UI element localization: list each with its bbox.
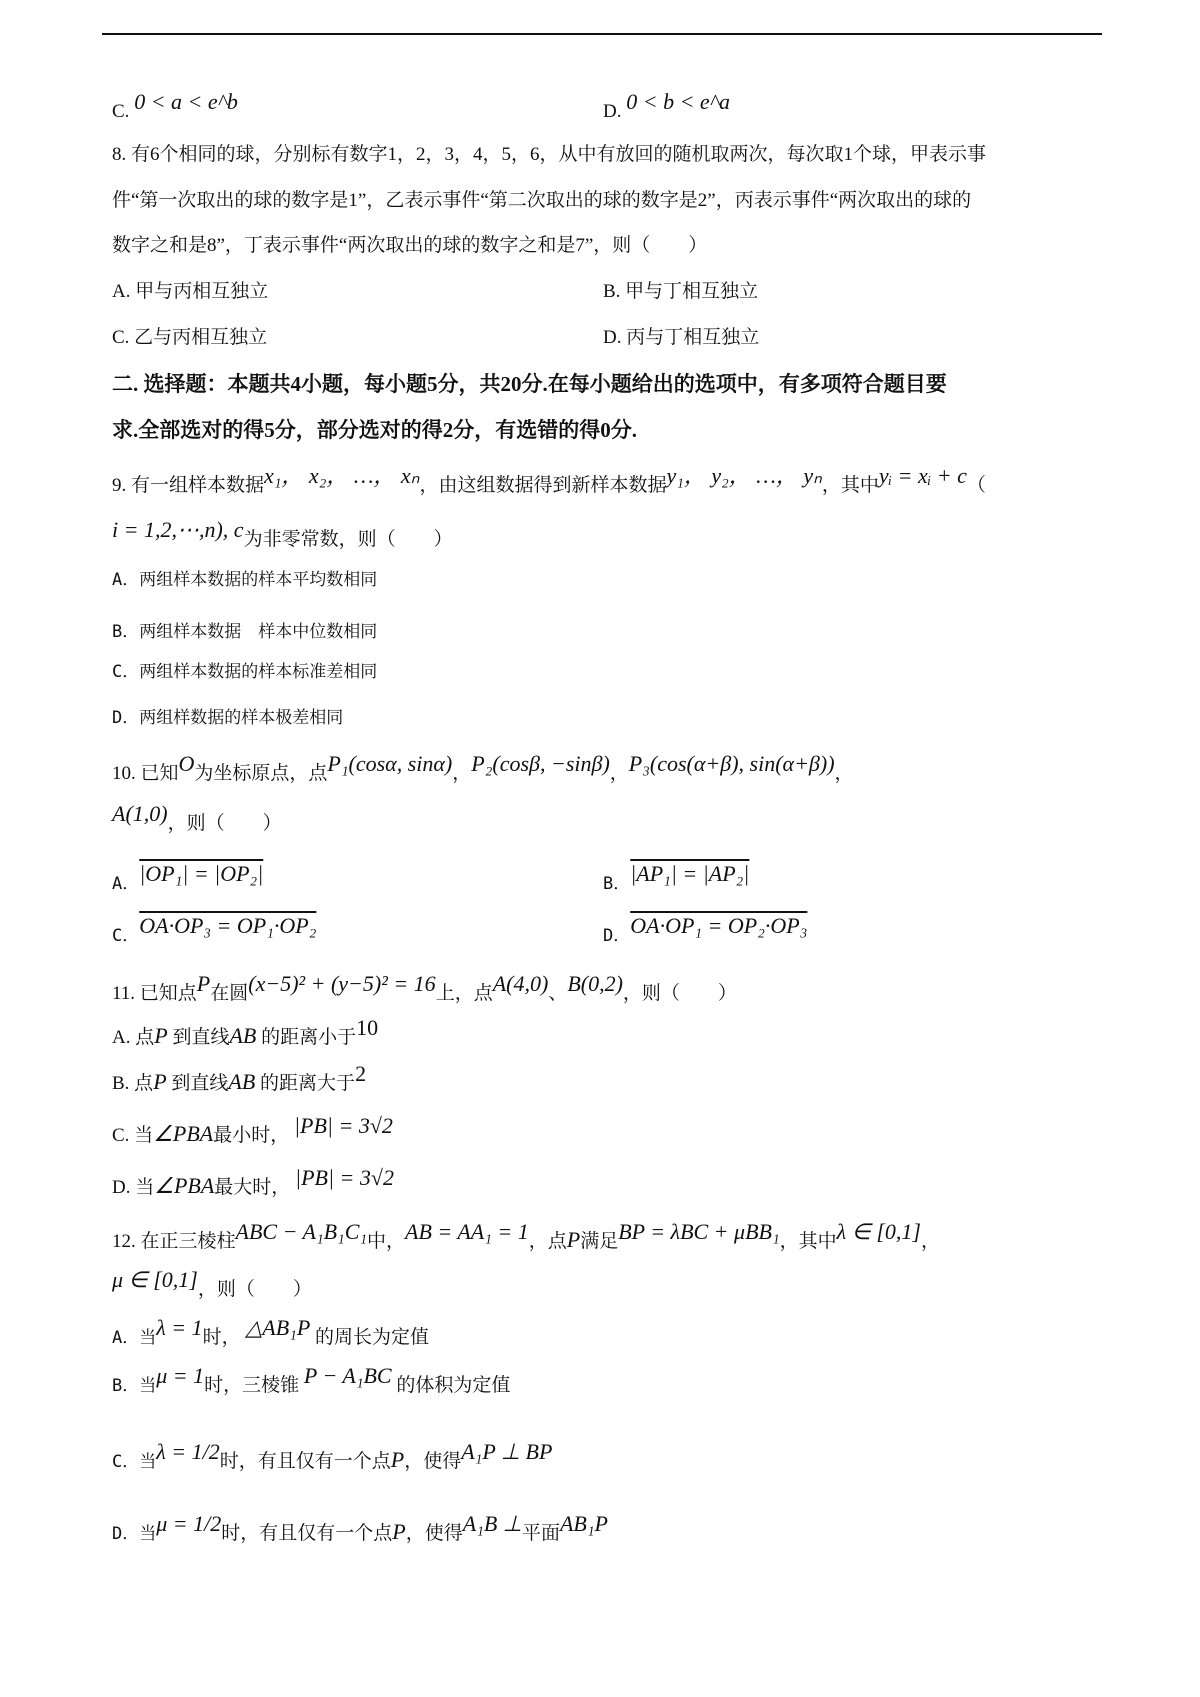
text: 的周长为定值 xyxy=(315,1327,429,1348)
text: ，其中 xyxy=(822,475,879,496)
text: 时，三棱锥 xyxy=(204,1375,299,1396)
q8-option-c: C. 乙与丙相互独立 xyxy=(112,326,267,350)
q8-option-d: D. 丙与丁相互独立 xyxy=(603,326,759,350)
math-expr: y₁， y₂， …， yₙ xyxy=(666,463,821,488)
header-rule xyxy=(102,33,1102,35)
text: C．当 xyxy=(112,1452,156,1472)
q8-stem-line-1: 8. 有6个相同的球，分别标有数字1，2，3，4，5，6，从中有放回的随机取两次… xyxy=(112,143,986,167)
text: ，则（ ） xyxy=(168,813,282,834)
math-expr: B(0,2) xyxy=(567,971,623,996)
math-expr: AB xyxy=(229,1023,256,1048)
text: 为坐标原点，点 xyxy=(194,763,327,784)
q9-option-a: A．两组样本数据的样本平均数相同 xyxy=(112,568,377,592)
math-expr: P₁(cosα, sinα) xyxy=(327,751,452,776)
math-expr: μ = 1/2 xyxy=(156,1511,221,1536)
text: 时， xyxy=(203,1327,241,1348)
q12-option-d: D．当μ = 1/2时，有且仅有一个点P，使得A₁B ⊥平面AB₁P xyxy=(112,1520,608,1546)
math-expr: 10 xyxy=(356,1015,378,1040)
option-label: D. xyxy=(603,101,621,122)
math-expr: A₁B ⊥ xyxy=(463,1511,522,1536)
text: ，则（ ） xyxy=(198,1279,312,1300)
math-expr: AB₁P xyxy=(560,1511,608,1536)
text: 的距离小于 xyxy=(261,1027,356,1048)
q9-stem-line-1: 9. 有一组样本数据x₁， x₂， …， xₙ，由这组数据得到新样本数据y₁， … xyxy=(112,472,986,498)
text: ，使得 xyxy=(404,1451,461,1472)
text: 的距离大于 xyxy=(260,1073,355,1094)
math-expr: ABC − A₁B₁C₁ xyxy=(236,1219,368,1244)
text: ，使得 xyxy=(406,1523,463,1544)
text: 、 xyxy=(548,983,567,1004)
text: ，由这组数据得到新样本数据 xyxy=(419,475,666,496)
math-expr: P − A₁BC xyxy=(304,1363,392,1388)
q12-option-a: A．当λ = 1时， △AB₁P 的周长为定值 xyxy=(112,1324,429,1350)
text: ，点 xyxy=(529,1231,567,1252)
text: 时，有且仅有一个点 xyxy=(221,1523,392,1544)
text: 时，有且仅有一个点 xyxy=(220,1451,391,1472)
q12-stem-line-2: μ ∈ [0,1]，则（ ） xyxy=(112,1276,312,1302)
math-expr: 2 xyxy=(355,1061,366,1086)
math-expr: μ = 1 xyxy=(156,1363,204,1388)
q10-option-c: C．OA·OP₃ = OP₁·OP₂ xyxy=(112,922,316,948)
q8-option-a: A. 甲与丙相互独立 xyxy=(112,280,268,304)
option-label: C. xyxy=(112,101,129,122)
q9-option-c: C．两组样本数据的样本标准差相同 xyxy=(112,660,377,684)
math-expr: |PB| = 3√2 xyxy=(294,1113,393,1138)
q12-option-b: B．当μ = 1时，三棱锥 P − A₁BC 的体积为定值 xyxy=(112,1372,510,1398)
q9-stem-line-2: i = 1,2,⋯,n), c为非零常数，则（ ） xyxy=(112,526,453,552)
math-expr: OA·OP₃ = OP₁·OP₂ xyxy=(139,913,316,938)
q7-option-c: C. 0 < a < e^b xyxy=(112,98,238,124)
text: D．当 xyxy=(112,1524,156,1544)
math-expr: λ = 1 xyxy=(156,1315,202,1340)
q11-option-b: B. 点P 到直线AB 的距离大于2 xyxy=(112,1070,366,1096)
math-expr: OA·OP₁ = OP₂·OP₃ xyxy=(630,913,807,938)
q8-stem-line-3: 数字之和是8”，丁表示事件“两次取出的球的数字之和是7”，则（ ） xyxy=(112,234,707,258)
text: 在圆 xyxy=(210,983,248,1004)
q11-option-d: D. 当∠PBA最大时， |PB| = 3√2 xyxy=(112,1174,394,1200)
math-expr: 0 < a < e^b xyxy=(134,89,238,114)
math-expr: P xyxy=(391,1447,404,1472)
q11-option-a: A. 点P 到直线AB 的距离小于10 xyxy=(112,1024,378,1050)
math-expr: △AB₁P xyxy=(245,1315,310,1340)
q8-option-b: B. 甲与丁相互独立 xyxy=(603,280,758,304)
math-expr: A₁P ⊥ BP xyxy=(461,1439,552,1464)
math-expr: P xyxy=(567,1227,580,1252)
text: B. 点 xyxy=(112,1073,153,1094)
option-label: C． xyxy=(112,926,139,946)
text: ，则（ ） xyxy=(623,983,737,1004)
math-expr: P xyxy=(197,971,210,996)
text: 10. 已知 xyxy=(112,763,179,784)
math-expr: |PB| = 3√2 xyxy=(295,1165,394,1190)
text: ， xyxy=(921,1231,940,1252)
text: ，其中 xyxy=(780,1231,837,1252)
math-expr: i = 1,2,⋯,n), c xyxy=(112,517,244,542)
q7-option-d: D. 0 < b < e^a xyxy=(603,98,730,124)
text: 为非零常数，则（ ） xyxy=(244,529,453,550)
q9-option-b: B．两组样本数据 样本中位数相同 xyxy=(112,620,377,644)
text: 到直线 xyxy=(171,1073,228,1094)
text: 平面 xyxy=(522,1523,560,1544)
math-expr: A(4,0) xyxy=(493,971,549,996)
text: B．当 xyxy=(112,1376,156,1396)
option-label: A． xyxy=(112,874,139,894)
q10-stem-line-1: 10. 已知O为坐标原点，点P₁(cosα, sinα)，P₂(cosβ, −s… xyxy=(112,760,854,786)
text: 上，点 xyxy=(436,983,493,1004)
text: A．当 xyxy=(112,1328,156,1348)
math-expr: P xyxy=(153,1069,166,1094)
text: D. 当 xyxy=(112,1177,154,1198)
option-label: B． xyxy=(603,874,630,894)
math-expr: P₂(cosβ, −sinβ) xyxy=(471,751,610,776)
q12-stem-line-1: 12. 在正三棱柱ABC − A₁B₁C₁中，AB = AA₁ = 1，点P满足… xyxy=(112,1228,940,1254)
option-label: D． xyxy=(603,926,630,946)
math-expr: x₁， x₂， …， xₙ xyxy=(264,463,419,488)
text: 9. 有一组样本数据 xyxy=(112,475,264,496)
math-expr: O xyxy=(179,751,195,776)
math-expr: λ ∈ [0,1] xyxy=(837,1219,921,1244)
math-expr: A(1,0) xyxy=(112,801,168,826)
text: 中， xyxy=(367,1231,405,1252)
q10-stem-line-2: A(1,0)，则（ ） xyxy=(112,810,282,836)
text: 12. 在正三棱柱 xyxy=(112,1231,236,1252)
text: （ xyxy=(967,475,986,496)
math-expr: |AP₁| = |AP₂| xyxy=(630,861,749,886)
math-expr: P₃(cos(α+β), sin(α+β)) xyxy=(629,751,835,776)
section-heading-line-1: 二. 选择题：本题共4小题，每小题5分，共20分.在每小题给出的选项中，有多项符… xyxy=(112,372,947,396)
math-expr: 0 < b < e^a xyxy=(626,89,730,114)
math-expr: P xyxy=(154,1023,167,1048)
q10-option-b: B．|AP₁| = |AP₂| xyxy=(603,870,749,896)
text: 的体积为定值 xyxy=(396,1375,510,1396)
text: 满足 xyxy=(580,1231,618,1252)
math-expr: yᵢ = xᵢ + c xyxy=(879,463,967,488)
math-expr: AB = AA₁ = 1 xyxy=(405,1219,529,1244)
math-expr: ∠PBA xyxy=(154,1173,214,1198)
text: 最大时， xyxy=(214,1177,290,1198)
math-expr: BP = λBC + μBB₁ xyxy=(618,1219,779,1244)
math-expr: |OP₁| = |OP₂| xyxy=(139,861,263,886)
math-expr: P xyxy=(392,1519,405,1544)
text: 到直线 xyxy=(172,1027,229,1048)
q11-option-c: C. 当∠PBA最小时， |PB| = 3√2 xyxy=(112,1122,393,1148)
q11-stem: 11. 已知点P在圆(x−5)² + (y−5)² = 16上，点A(4,0)、… xyxy=(112,980,737,1006)
math-expr: (x−5)² + (y−5)² = 16 xyxy=(248,971,435,996)
math-expr: AB xyxy=(228,1069,255,1094)
text: A. 点 xyxy=(112,1027,154,1048)
q10-option-d: D．OA·OP₁ = OP₂·OP₃ xyxy=(603,922,807,948)
text: 11. 已知点 xyxy=(112,983,197,1004)
math-expr: λ = 1/2 xyxy=(156,1439,220,1464)
section-heading-line-2: 求.全部选对的得5分，部分选对的得2分，有选错的得0分. xyxy=(112,418,637,442)
q10-option-a: A．|OP₁| = |OP₂| xyxy=(112,870,263,896)
q8-stem-line-2: 件“第一次取出的球的数字是1”，乙表示事件“第二次取出的球的数字是2”，丙表示事… xyxy=(112,189,971,213)
math-expr: μ ∈ [0,1] xyxy=(112,1267,198,1292)
math-expr: ∠PBA xyxy=(153,1121,213,1146)
text: 最小时， xyxy=(213,1125,289,1146)
text: C. 当 xyxy=(112,1125,153,1146)
q9-option-d: D．两组样数据的样本极差相同 xyxy=(112,706,343,730)
q12-option-c: C．当λ = 1/2时，有且仅有一个点P，使得A₁P ⊥ BP xyxy=(112,1448,552,1474)
